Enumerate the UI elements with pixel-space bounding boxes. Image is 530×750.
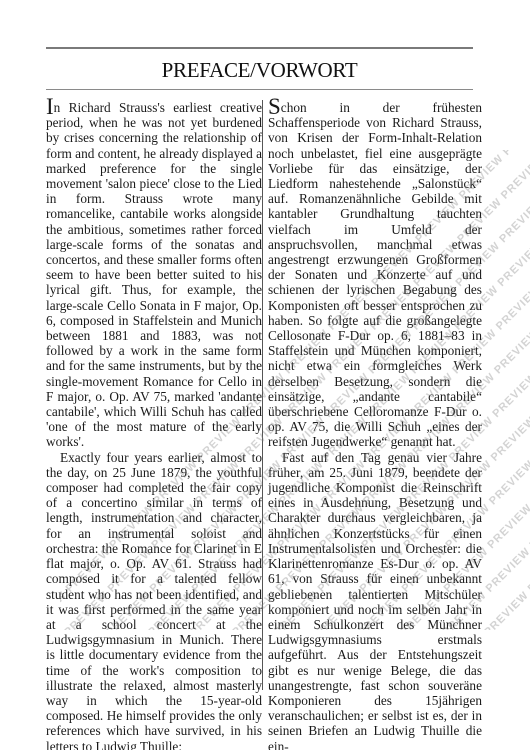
english-paragraph-1-text: n Richard Strauss's earliest creative pe… bbox=[46, 100, 262, 449]
english-paragraph-2: Exactly four years earlier, almost to th… bbox=[46, 450, 262, 750]
title-underline-rule bbox=[46, 89, 473, 90]
german-paragraph-1: Schon in der frühesten Schaffensperiode … bbox=[268, 99, 482, 450]
column-divider bbox=[262, 100, 263, 690]
top-rule bbox=[46, 47, 473, 49]
german-paragraph-1-text: chon in der frühesten Schaffensperiode v… bbox=[268, 100, 482, 449]
page-title: PREFACE/VORWORT bbox=[46, 58, 473, 82]
document-page: PREFACE/VORWORT In Richard Strauss's ear… bbox=[0, 0, 530, 750]
english-paragraph-1: In Richard Strauss's earliest creative p… bbox=[46, 99, 262, 450]
english-column: In Richard Strauss's earliest creative p… bbox=[46, 99, 262, 750]
german-column: Schon in der frühesten Schaffensperiode … bbox=[268, 99, 482, 750]
watermark-line: PREVIEW PREVIEW PREVIEW PREVIEW PREVIEW … bbox=[482, 150, 530, 630]
german-paragraph-2: Fast auf den Tag genau vier Jahre früher… bbox=[268, 450, 482, 750]
